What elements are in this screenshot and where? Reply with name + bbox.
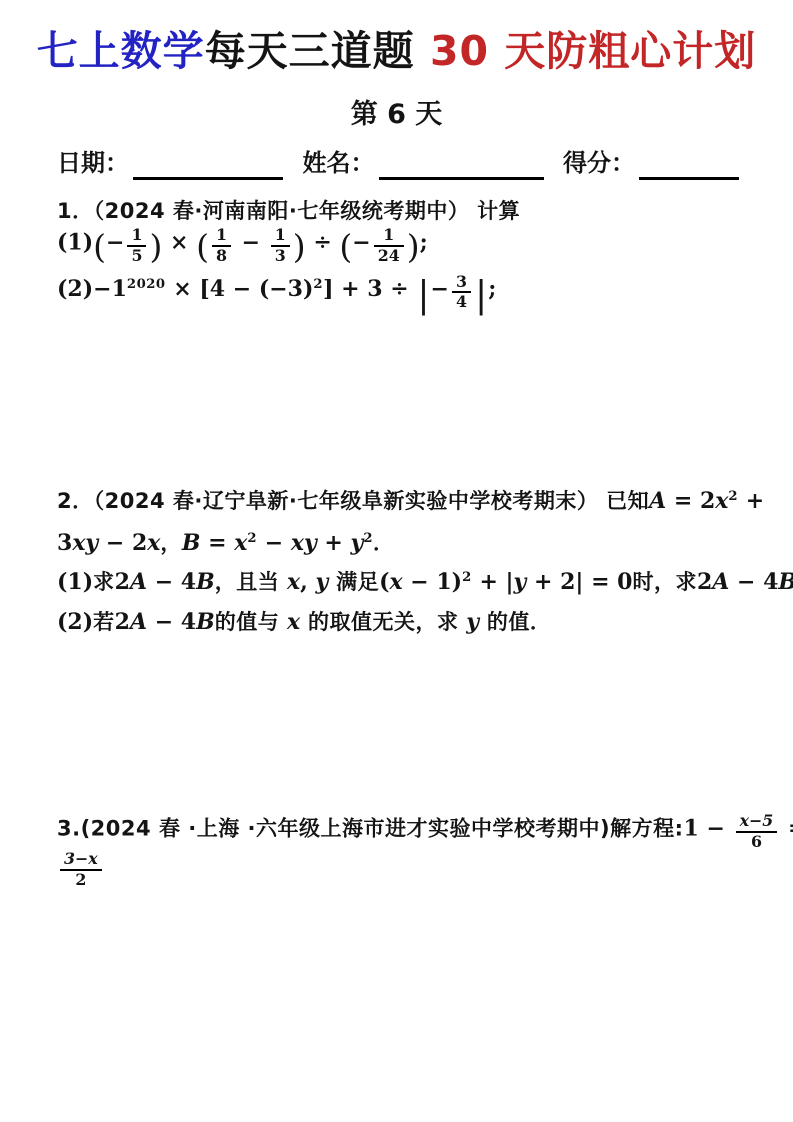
term: × [4 − (−3) [166,276,314,302]
denominator: 2 [60,871,102,890]
open-paren: ( [93,227,106,266]
semicolon: ; [420,229,428,255]
close-paren: ) [293,227,306,266]
denominator: 6 [736,833,778,852]
exponent: 2 [728,489,738,504]
numerator: 1 [271,226,290,247]
abs-bar: | [416,273,430,316]
date-label: 日期： [57,146,129,180]
variable: y [466,609,479,635]
title-part-red: 30 天防粗心计划 [430,27,756,75]
open-paren: ( [379,569,389,595]
variable: B [196,569,215,595]
close-paren: ) [149,227,162,266]
term: − 4 [147,609,196,635]
name-blank-line [379,147,544,180]
comma: , [300,569,315,595]
variable: A [649,488,666,514]
equals-sign: = [201,530,235,556]
variable: y [315,569,328,595]
problem2-subquestion1: (1)求2A − 4B，且当 x, y 满足(x − 1)2 + |y + 2|… [57,563,773,597]
problem1-equation2: (2)−12020 × [4 − (−3)2] + 3 ÷ |−34|; [57,270,773,313]
term: − 2 [98,530,147,556]
abs-bar: | [474,273,488,316]
fraction: 15 [127,226,146,265]
text: ，且当 [215,570,287,594]
day-subtitle: 第 6 天 [0,92,793,131]
numerator: 1 [212,226,231,247]
variable: xy [72,530,98,556]
minus-sign: − [352,229,370,255]
date-blank-line [133,147,283,180]
period: ． [373,531,395,555]
comma: ， [160,531,182,555]
problem3-equation-line2: 3−x2 [57,850,773,889]
page-title: 七上数学每天三道题 30 天防粗心计划 [0,24,793,78]
info-row: 日期： 姓名： 得分： [57,146,739,180]
minus-sign: − [106,229,124,255]
fraction: x−56 [736,812,778,851]
name-field: 姓名： [303,146,544,180]
plus-sign: + [738,488,764,514]
term: − 4 [729,569,778,595]
variable: x [390,569,403,595]
problem2-heading-line2: 3xy − 2x，B = x2 − xy + y2． [57,524,773,558]
close-paren: ) [407,227,420,266]
fraction: 34 [452,273,471,312]
term: − 4 [147,569,196,595]
numerator: 1 [374,226,404,247]
problem3-heading-line1: 3.(2024 春 ·上海 ·六年级上海市进才实验中学校考期中)解方程:1 − … [57,812,773,851]
term: = 2 [666,488,715,514]
item-label: (1) [57,229,93,255]
variable: x [234,530,247,556]
equals-sign: = [780,815,793,841]
text: 求 [93,570,115,594]
variable: A [130,609,147,635]
exponent: 2 [363,531,373,546]
variable: xy [291,530,317,556]
text: 满足 [328,570,379,594]
term: 1 − [684,815,733,841]
denominator: 24 [374,247,404,266]
divide-sign: ÷ [306,229,340,255]
semicolon: ; [488,276,496,302]
exponent: 2 [462,570,472,585]
minus-sign: − [257,530,291,556]
denominator: 3 [271,247,290,266]
fraction: 13 [271,226,290,265]
fraction: 18 [212,226,231,265]
problem-heading-text: 3.(2024 春 ·上海 ·六年级上海市进才实验中学校考期中)解方程: [57,816,684,840]
denominator: 8 [212,247,231,266]
plus-sign: + [317,530,351,556]
numerator: 1 [127,226,146,247]
variable: B [196,609,215,635]
date-field: 日期： [57,146,283,180]
text: 若 [93,610,115,634]
problem1-heading: 1．（2024 春·河南南阳·七年级统考期中） 计算 [57,195,773,225]
problem1-equation1: (1)(−15) × (18 − 13) ÷ (−124); [57,226,773,265]
name-label: 姓名： [303,146,375,180]
worksheet-page: 七上数学每天三道题 30 天防粗心计划 第 6 天 日期： 姓名： 得分： 1．… [0,0,793,1122]
term: 3 [57,530,72,556]
exponent: 2 [313,277,323,292]
term: + 2| = 0 [526,569,632,595]
variable: x [287,609,300,635]
text: 的值与 [215,610,287,634]
variable: A [712,569,729,595]
term: 2 [115,609,130,635]
term: ] + 3 ÷ [323,276,416,302]
variable: A [130,569,147,595]
problem2-subquestion2: (2)若2A − 4B的值与 x 的取值无关，求 y 的值． [57,607,773,637]
term: − 1) [403,569,462,595]
item-label: (2) [57,609,93,635]
variable: B [182,530,201,556]
problem-heading-text: 2．（2024 春·辽宁阜新·七年级阜新实验中学校考期末） 已知 [57,489,649,513]
numerator: 3 [452,273,471,294]
text: 的值． [479,610,551,634]
score-blank-line [639,147,739,180]
fraction: 3−x2 [60,850,102,889]
open-paren: ( [196,227,209,266]
denominator: 5 [127,247,146,266]
term: + | [472,569,514,595]
variable: y [351,530,364,556]
variable: x [715,488,728,514]
problem2-heading-line1: 2．（2024 春·辽宁阜新·七年级阜新实验中学校考期末） 已知A = 2x2 … [57,482,773,516]
text: 的取值无关，求 [300,610,466,634]
title-part-black: 每天三道题 [205,27,430,75]
term: −1 [93,276,127,302]
variable: x [147,530,160,556]
term: 2 [115,569,130,595]
score-field: 得分： [563,146,739,180]
variable: x [287,569,300,595]
title-part-blue: 七上数学 [37,27,205,75]
denominator: 4 [452,293,471,312]
item-label: (2) [57,276,93,302]
text: 时，求 [632,570,697,594]
minus-sign: − [234,229,268,255]
minus-sign: − [431,276,449,302]
numerator: 3−x [60,850,102,871]
score-label: 得分： [563,146,635,180]
item-label: (1) [57,569,93,595]
term: 2 [697,569,712,595]
times-sign: × [162,229,196,255]
numerator: x−5 [736,812,778,833]
variable: B [778,569,793,595]
exponent: 2 [247,531,257,546]
variable: y [514,569,527,595]
open-paren: ( [339,227,352,266]
exponent: 2020 [127,277,166,292]
fraction: 124 [374,226,404,265]
